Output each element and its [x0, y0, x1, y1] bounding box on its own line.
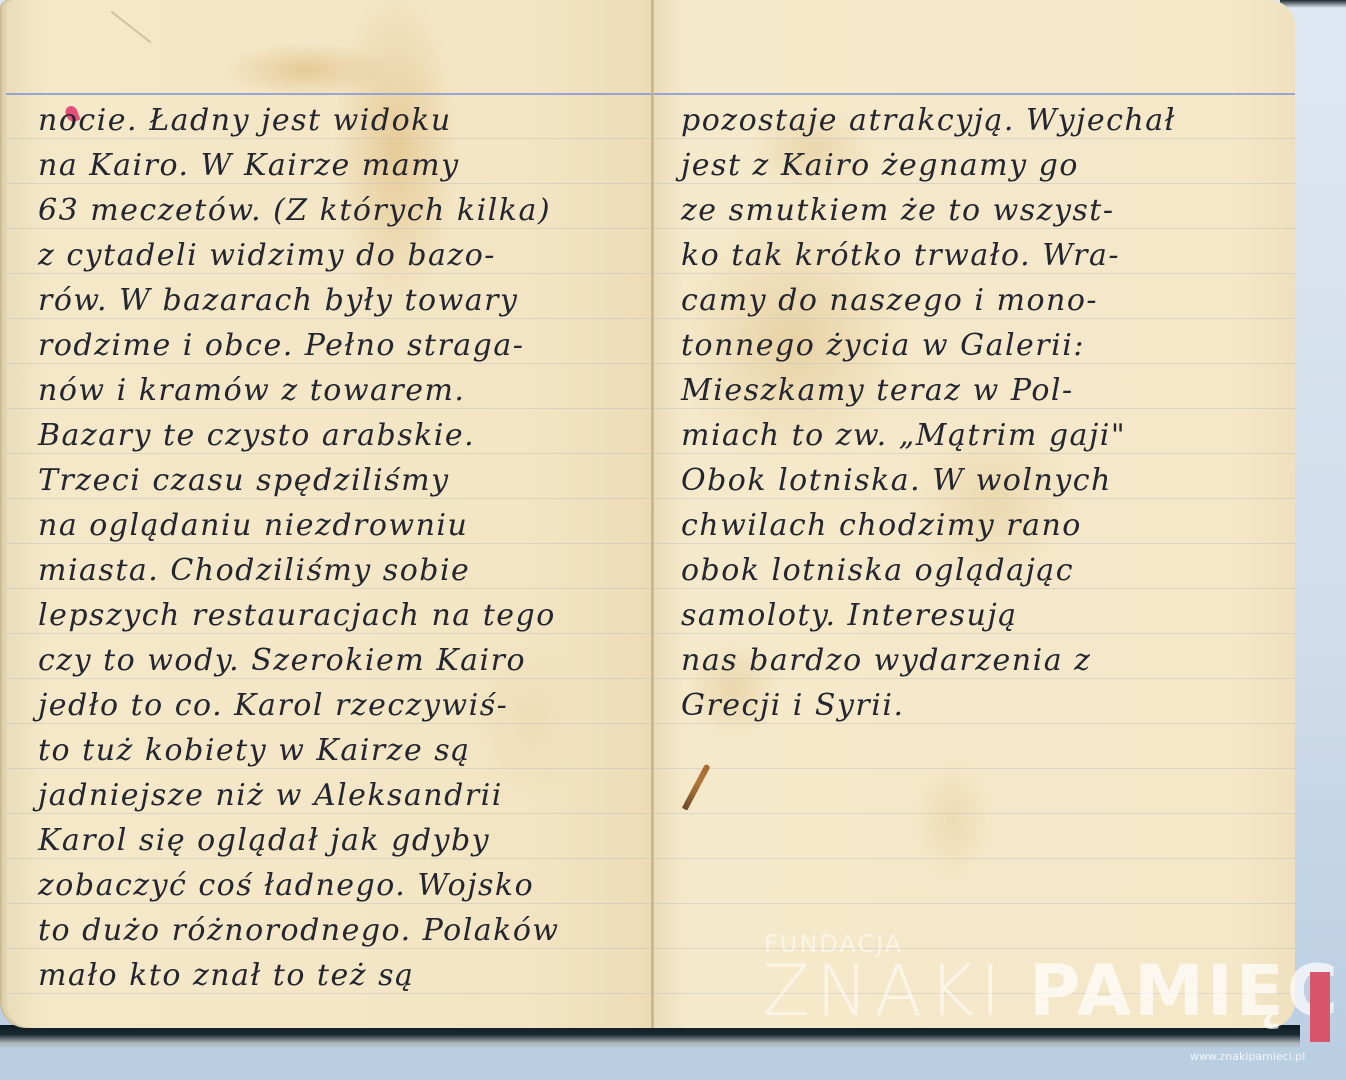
text-line: rów. W bazarach były towary	[6, 278, 653, 323]
notebook-bottom-shadow	[0, 1025, 1300, 1049]
text-line: jadniejsze niż w Aleksandrii	[6, 773, 653, 818]
left-page-text: nocie. Ładny jest widoku na Kairo. W Kai…	[6, 98, 653, 998]
text-line: na oglądaniu niezdrowniu	[6, 503, 653, 548]
text-line: na Kairo. W Kairze mamy	[6, 143, 653, 188]
text-line: z cytadeli widzimy do bazo-	[6, 233, 653, 278]
text-line: to dużo różnorodnego. Polaków	[6, 908, 653, 953]
cover-edge-shadow	[1280, 0, 1346, 8]
text-line: miach to zw. „Mątrim gaji"	[653, 413, 1295, 458]
text-line: ze smutkiem że to wszyst-	[653, 188, 1295, 233]
watermark-red-bar	[1310, 972, 1330, 1042]
text-line: zobaczyć coś ładnego. Wojsko	[6, 863, 653, 908]
text-line: mało kto znał to też są	[6, 953, 653, 998]
text-line: 63 meczetów. (Z których kilka)	[6, 188, 653, 233]
text-line: to tuż kobiety w Kairze są	[6, 728, 653, 773]
text-line: Obok lotniska. W wolnych	[653, 458, 1295, 503]
text-line: nów i kramów z towarem.	[6, 368, 653, 413]
notebook-gutter	[651, 0, 654, 1028]
text-line: obok lotniska oglądając	[653, 548, 1295, 593]
text-line: Grecji i Syrii.	[653, 683, 1295, 728]
text-line: rodzime i obce. Pełno straga-	[6, 323, 653, 368]
text-line: chwilach chodzimy rano	[653, 503, 1295, 548]
text-line: czy to wody. Szerokiem Kairo	[6, 638, 653, 683]
text-line: lepszych restauracjach na tego	[6, 593, 653, 638]
text-line: jest z Kairo żegnamy go	[653, 143, 1295, 188]
paper-scratch	[111, 11, 152, 43]
text-line: miasta. Chodziliśmy sobie	[6, 548, 653, 593]
text-line: pozostaje atrakcyją. Wyjechał	[653, 98, 1295, 143]
text-line: tonnego życia w Galerii:	[653, 323, 1295, 368]
left-page: nocie. Ładny jest widoku na Kairo. W Kai…	[6, 0, 653, 1028]
right-page-text: pozostaje atrakcyją. Wyjechał jest z Kai…	[653, 98, 1295, 728]
text-line: samoloty. Interesują	[653, 593, 1295, 638]
text-line: Bazary te czysto arabskie.	[6, 413, 653, 458]
text-line: Karol się oglądał jak gdyby	[6, 818, 653, 863]
text-line: jedło to co. Karol rzeczywiś-	[6, 683, 653, 728]
text-line: Mieszkamy teraz w Pol-	[653, 368, 1295, 413]
text-line: ko tak krótko trwało. Wra-	[653, 233, 1295, 278]
right-page: pozostaje atrakcyją. Wyjechał jest z Kai…	[653, 0, 1295, 1028]
text-line: camy do naszego i mono-	[653, 278, 1295, 323]
watermark-url: www.znakipamieci.pl	[1190, 1050, 1305, 1063]
notebook-scan: nocie. Ładny jest widoku na Kairo. W Kai…	[0, 0, 1346, 1080]
text-line: Trzeci czasu spędziliśmy	[6, 458, 653, 503]
text-line: nas bardzo wydarzenia z	[653, 638, 1295, 683]
text-line: nocie. Ładny jest widoku	[6, 98, 653, 143]
